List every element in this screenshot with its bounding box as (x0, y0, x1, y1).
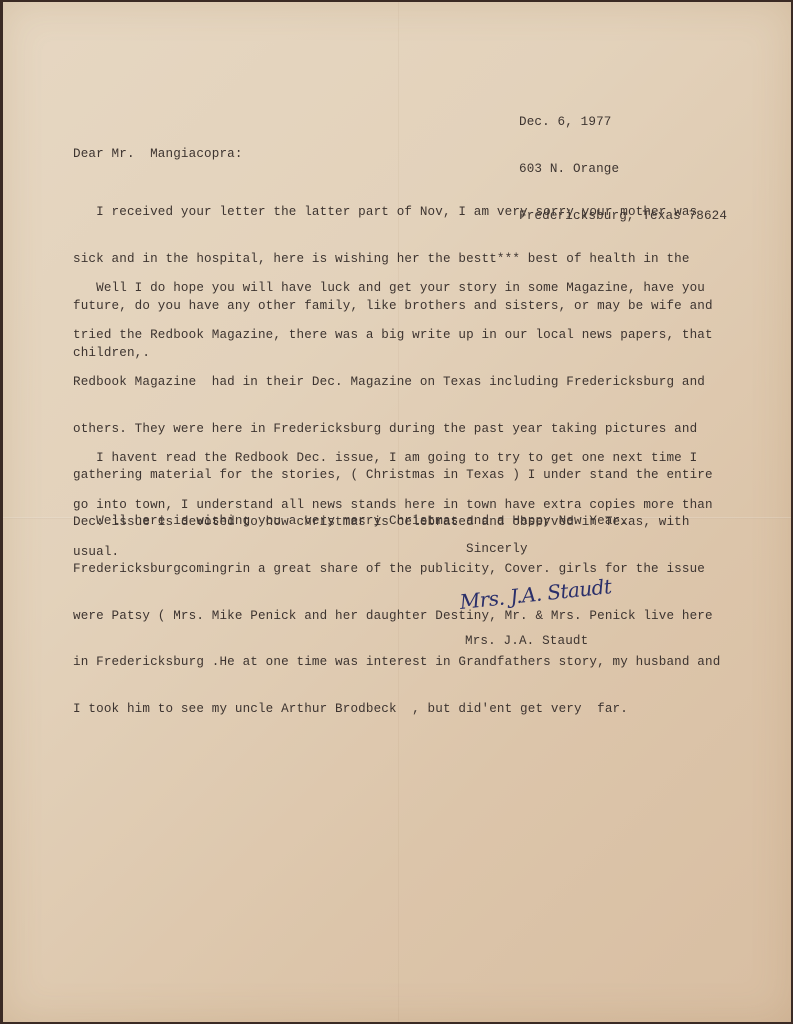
text-line: I received your letter the latter part o… (73, 205, 713, 221)
salutation: Dear Mr. Mangiacopra: (73, 147, 243, 163)
text-line: tried the Redbook Magazine, there was a … (73, 328, 720, 344)
text-line: were Patsy ( Mrs. Mike Penick and her da… (73, 609, 720, 625)
text-line: I took him to see my uncle Arthur Brodbe… (73, 702, 720, 718)
text-line: Well here is wishing you a very merry Ch… (73, 514, 628, 530)
text-line: Redbook Magazine had in their Dec. Magaz… (73, 375, 720, 391)
paragraph-4: Well here is wishing you a very merry Ch… (73, 483, 628, 561)
text-line: in Fredericksburg .He at one time was in… (73, 655, 720, 671)
typed-name: Mrs. J.A. Staudt (465, 634, 588, 650)
letter-page: Dec. 6, 1977 603 N. Orange Fredericksbur… (3, 2, 791, 1022)
closing: Sincerly (466, 542, 528, 558)
letter-date: Dec. 6, 1977 (519, 115, 727, 131)
text-line: Well I do hope you will have luck and ge… (73, 281, 720, 297)
text-line: I havent read the Redbook Dec. issue, I … (73, 451, 713, 467)
